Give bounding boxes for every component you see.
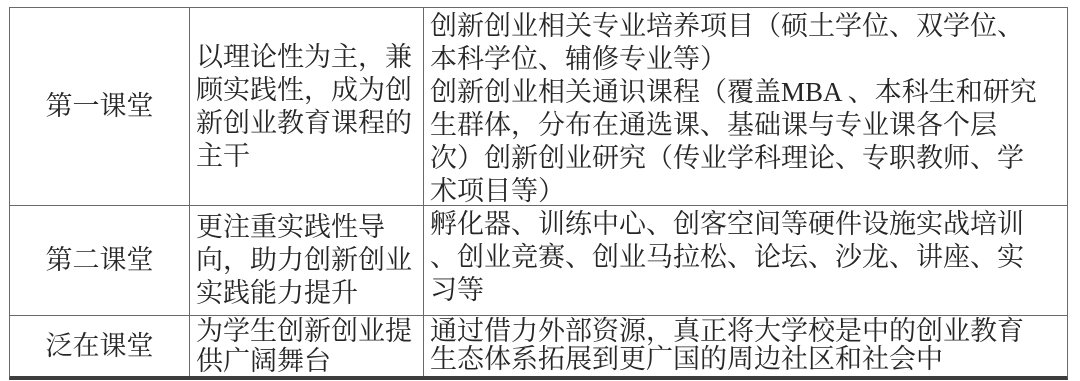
row1-label-cell: 第一课堂 [10, 8, 190, 206]
document-page: 第一课堂 以理论性为主，兼 顾实践性，成为创 新创业教育课程的 主干 创新创业相… [0, 0, 1080, 381]
row1-approach-cell: 以理论性为主，兼 顾实践性，成为创 新创业教育课程的 主干 [190, 8, 424, 206]
row3-content-cell: 通过借力外部资源，真正将大学校是中的创业教育 生态体系拓展到更广国的周边社区和社… [424, 316, 1067, 376]
course-types-table: 第一课堂 以理论性为主，兼 顾实践性，成为创 新创业教育课程的 主干 创新创业相… [9, 7, 1068, 380]
row2-content-cell: 孵化器、训练中心、创客空间等硬件设施实战培训 、创业竞赛、创业马拉松、论坛、沙龙… [424, 206, 1067, 316]
row2-approach-cell: 更注重实践性导 向，助力创新创业 实践能力提升 [190, 206, 424, 316]
row3-approach-cell: 为学生创新创业提 供广阔舞台 [190, 316, 424, 376]
row1-content-cell: 创新创业相关专业培养项目（硕土学位、双学位、 本科学位、辅修专业等） 创新创业相… [424, 8, 1067, 206]
row2-label-cell: 第二课堂 [10, 206, 190, 316]
row3-label-cell: 泛在课堂 [10, 316, 190, 376]
